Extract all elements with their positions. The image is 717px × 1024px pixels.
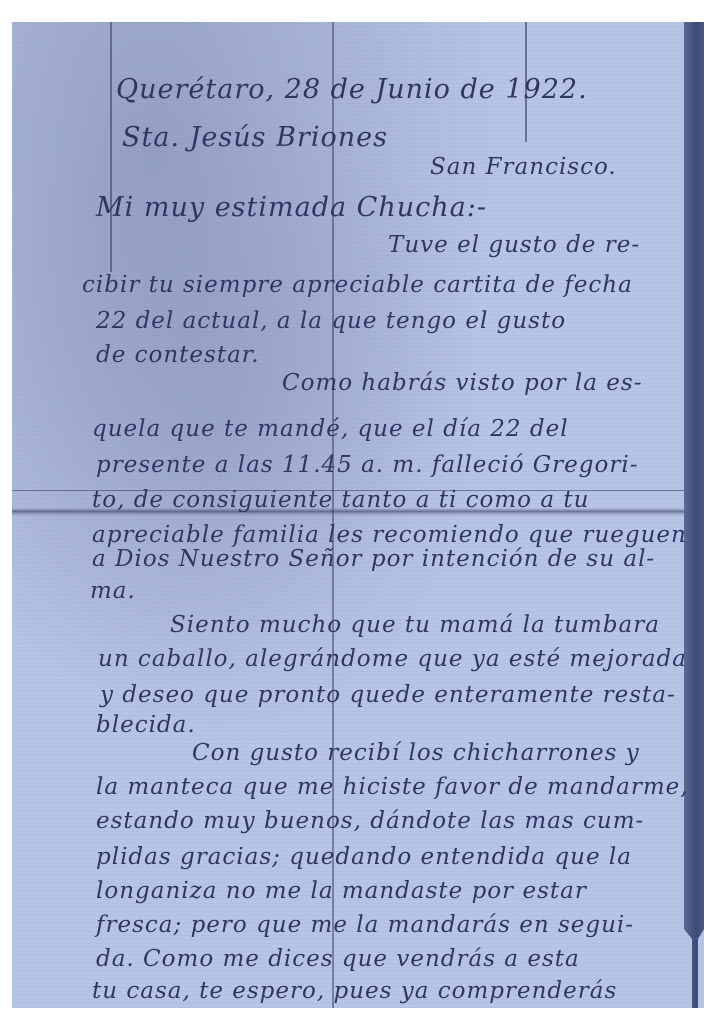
fold-crease-vertical bbox=[110, 22, 112, 272]
letter-line: Tuve el gusto de re- bbox=[388, 232, 640, 258]
letter-line: da. Como me dices que vendrás a esta bbox=[96, 946, 580, 972]
letter-line: apreciable familia les recomiendo que ru… bbox=[92, 522, 687, 548]
letter-line: estando muy buenos, dándote las mas cum- bbox=[96, 808, 644, 834]
salutation: Mi muy estimada Chucha:- bbox=[96, 192, 487, 223]
letter-line: un caballo, alegrándome que ya esté mejo… bbox=[98, 646, 687, 672]
letter-line: quela que te mandé, que el día 22 del bbox=[92, 416, 569, 442]
letter-line: Como habrás visto por la es- bbox=[282, 370, 642, 396]
letter-line: fresca; pero que me la mandarás en segui… bbox=[96, 912, 634, 938]
letter-line: la manteca que me hiciste favor de manda… bbox=[96, 774, 689, 800]
letter-line: plidas gracias; quedando entendida que l… bbox=[96, 844, 632, 870]
letter-line: Siento mucho que tu mamá la tumbara bbox=[170, 612, 660, 638]
letter-line: cibir tu siempre apreciable cartita de f… bbox=[82, 272, 633, 298]
letter-line: presente a las 11.45 a. m. falleció Greg… bbox=[96, 452, 638, 478]
recipient-city: San Francisco. bbox=[430, 154, 617, 180]
letter-line: 22 del actual, a la que tengo el gusto bbox=[96, 308, 566, 334]
letter-line: to, de consiguiente tanto a ti como a tu bbox=[92, 487, 589, 513]
recipient-name: Sta. Jesús Briones bbox=[122, 122, 388, 153]
page-edge-shadow bbox=[684, 22, 704, 1008]
letter-line: ma. bbox=[90, 578, 136, 604]
letter-line: y deseo que pronto quede enteramente res… bbox=[100, 682, 676, 708]
letter-page: Querétaro, 28 de Junio de 1922. Sta. Jes… bbox=[12, 22, 704, 1008]
letter-line: Con gusto recibí los chicharrones y bbox=[192, 740, 640, 766]
letter-line: tu casa, te espero, pues ya comprenderás bbox=[92, 978, 617, 1004]
place-date: Querétaro, 28 de Junio de 1922. bbox=[116, 74, 588, 105]
letter-line: a Dios Nuestro Señor por intención de su… bbox=[92, 546, 655, 572]
letter-line: longaniza no me la mandaste por estar bbox=[96, 878, 587, 904]
letter-line: blecida. bbox=[96, 712, 196, 738]
letter-line: de contestar. bbox=[96, 342, 260, 368]
